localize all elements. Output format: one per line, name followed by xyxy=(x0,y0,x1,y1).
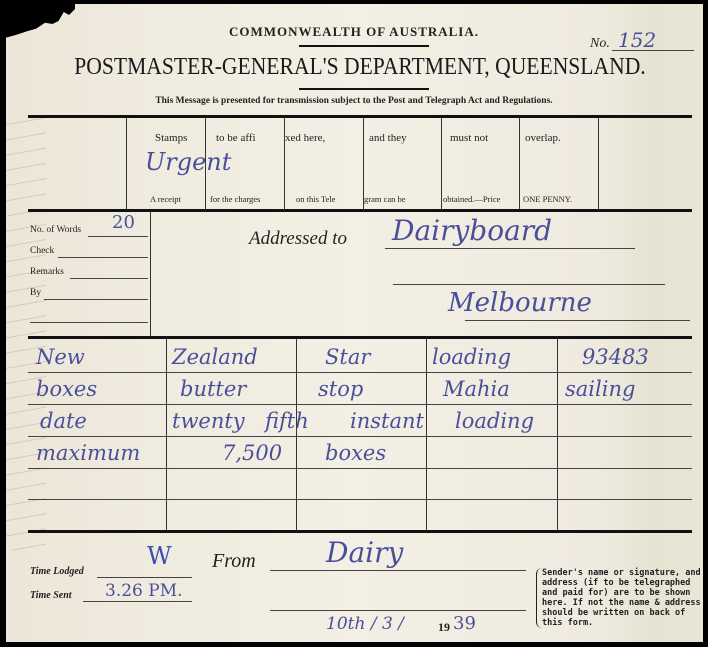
address-line-2: Melbourne xyxy=(448,288,592,318)
remarks-label: Remarks xyxy=(30,267,64,277)
from-underline xyxy=(270,570,526,571)
address-underline xyxy=(385,248,635,249)
field-underline xyxy=(44,299,148,300)
field-underline xyxy=(88,236,148,237)
time-lodged-value: W xyxy=(147,542,172,570)
year-prefix: 19 xyxy=(438,620,450,635)
words-value: 20 xyxy=(112,212,135,233)
message-top-rule xyxy=(28,336,692,339)
words-label: No. of Words xyxy=(30,225,81,235)
receipt-word: on this Tele xyxy=(296,194,335,204)
message-word: date xyxy=(40,409,87,433)
from-value: Dairy xyxy=(326,536,403,569)
from-label: From xyxy=(212,550,256,573)
message-row-divider xyxy=(28,468,692,469)
urgent-annotation: Urgent xyxy=(145,148,231,176)
receipt-word: A receipt xyxy=(150,194,181,204)
stamp-col-divider xyxy=(126,118,127,209)
stamp-col-divider xyxy=(519,118,520,209)
year-suffix: 39 xyxy=(453,613,476,634)
address-line-1: Dairyboard xyxy=(392,214,552,247)
stamp-col-divider xyxy=(598,118,599,209)
receipt-word: obtained.—Price xyxy=(443,194,500,204)
receipt-word: gram can be xyxy=(364,194,406,204)
message-word: loading xyxy=(455,409,534,433)
message-word: boxes xyxy=(325,441,386,465)
message-word: Star xyxy=(325,345,370,369)
field-underline xyxy=(58,257,148,258)
time-lodged-underline xyxy=(97,577,192,578)
stamp-word: xed here, xyxy=(285,132,325,144)
by-label: By xyxy=(30,288,41,298)
message-row-divider xyxy=(28,404,692,405)
message-row-divider xyxy=(28,499,692,500)
receipt-word: ONE PENNY. xyxy=(523,194,572,204)
message-word: stop xyxy=(318,377,363,401)
office-fields-divider xyxy=(150,212,151,336)
header-divider-top xyxy=(299,45,429,47)
message-col-divider xyxy=(426,339,427,530)
sender-note: Sender's name or signature, and address … xyxy=(542,568,702,628)
message-word: butter xyxy=(180,377,246,401)
message-word: 93483 xyxy=(582,345,649,369)
time-sent-label: Time Sent xyxy=(30,590,72,601)
receipt-word: for the charges xyxy=(210,194,260,204)
time-lodged-label: Time Lodged xyxy=(30,566,84,577)
date-value: 10th / 3 / xyxy=(326,614,404,634)
header-department: POSTMASTER-GENERAL'S DEPARTMENT, QUEENSL… xyxy=(72,54,648,81)
address-underline xyxy=(465,320,690,321)
header-divider-bottom xyxy=(299,88,429,90)
message-word: New xyxy=(36,345,85,369)
stamp-word: to be affi xyxy=(216,132,256,144)
number-value: 152 xyxy=(618,28,656,52)
message-word: loading xyxy=(432,345,511,369)
stamp-word: overlap. xyxy=(525,132,561,144)
stamp-col-divider xyxy=(441,118,442,209)
addressed-to-label: Addressed to xyxy=(249,228,347,250)
stamp-box-top-rule xyxy=(28,115,692,118)
message-word: Mahia xyxy=(443,377,510,401)
message-col-divider xyxy=(166,339,167,530)
stamp-word: and they xyxy=(369,132,407,144)
message-word: sailing xyxy=(565,377,635,401)
message-word: twenty xyxy=(172,409,245,433)
message-bottom-rule xyxy=(28,530,692,533)
header-notice: This Message is presented for transmissi… xyxy=(0,96,708,106)
message-word: Zealand xyxy=(172,345,258,369)
message-word: fifth xyxy=(265,409,309,433)
message-word: 7,500 xyxy=(222,441,282,465)
from-underline xyxy=(270,610,526,611)
address-underline xyxy=(393,284,665,285)
stamp-word: Stamps xyxy=(155,132,187,144)
time-sent-underline xyxy=(83,601,192,602)
message-row-divider xyxy=(28,372,692,373)
number-label: No. xyxy=(590,36,610,52)
number-underline xyxy=(612,50,694,51)
time-sent-value: 3.26 PM. xyxy=(105,581,183,601)
field-underline xyxy=(70,278,148,279)
field-underline xyxy=(30,322,148,323)
message-col-divider xyxy=(296,339,297,530)
message-word: boxes xyxy=(36,377,97,401)
message-word: maximum xyxy=(36,441,140,465)
check-label: Check xyxy=(30,246,54,256)
message-col-divider xyxy=(557,339,558,530)
stamp-word: must not xyxy=(450,132,488,144)
message-row-divider xyxy=(28,436,692,437)
paper-stain xyxy=(6,110,46,550)
message-word: instant xyxy=(350,409,424,433)
